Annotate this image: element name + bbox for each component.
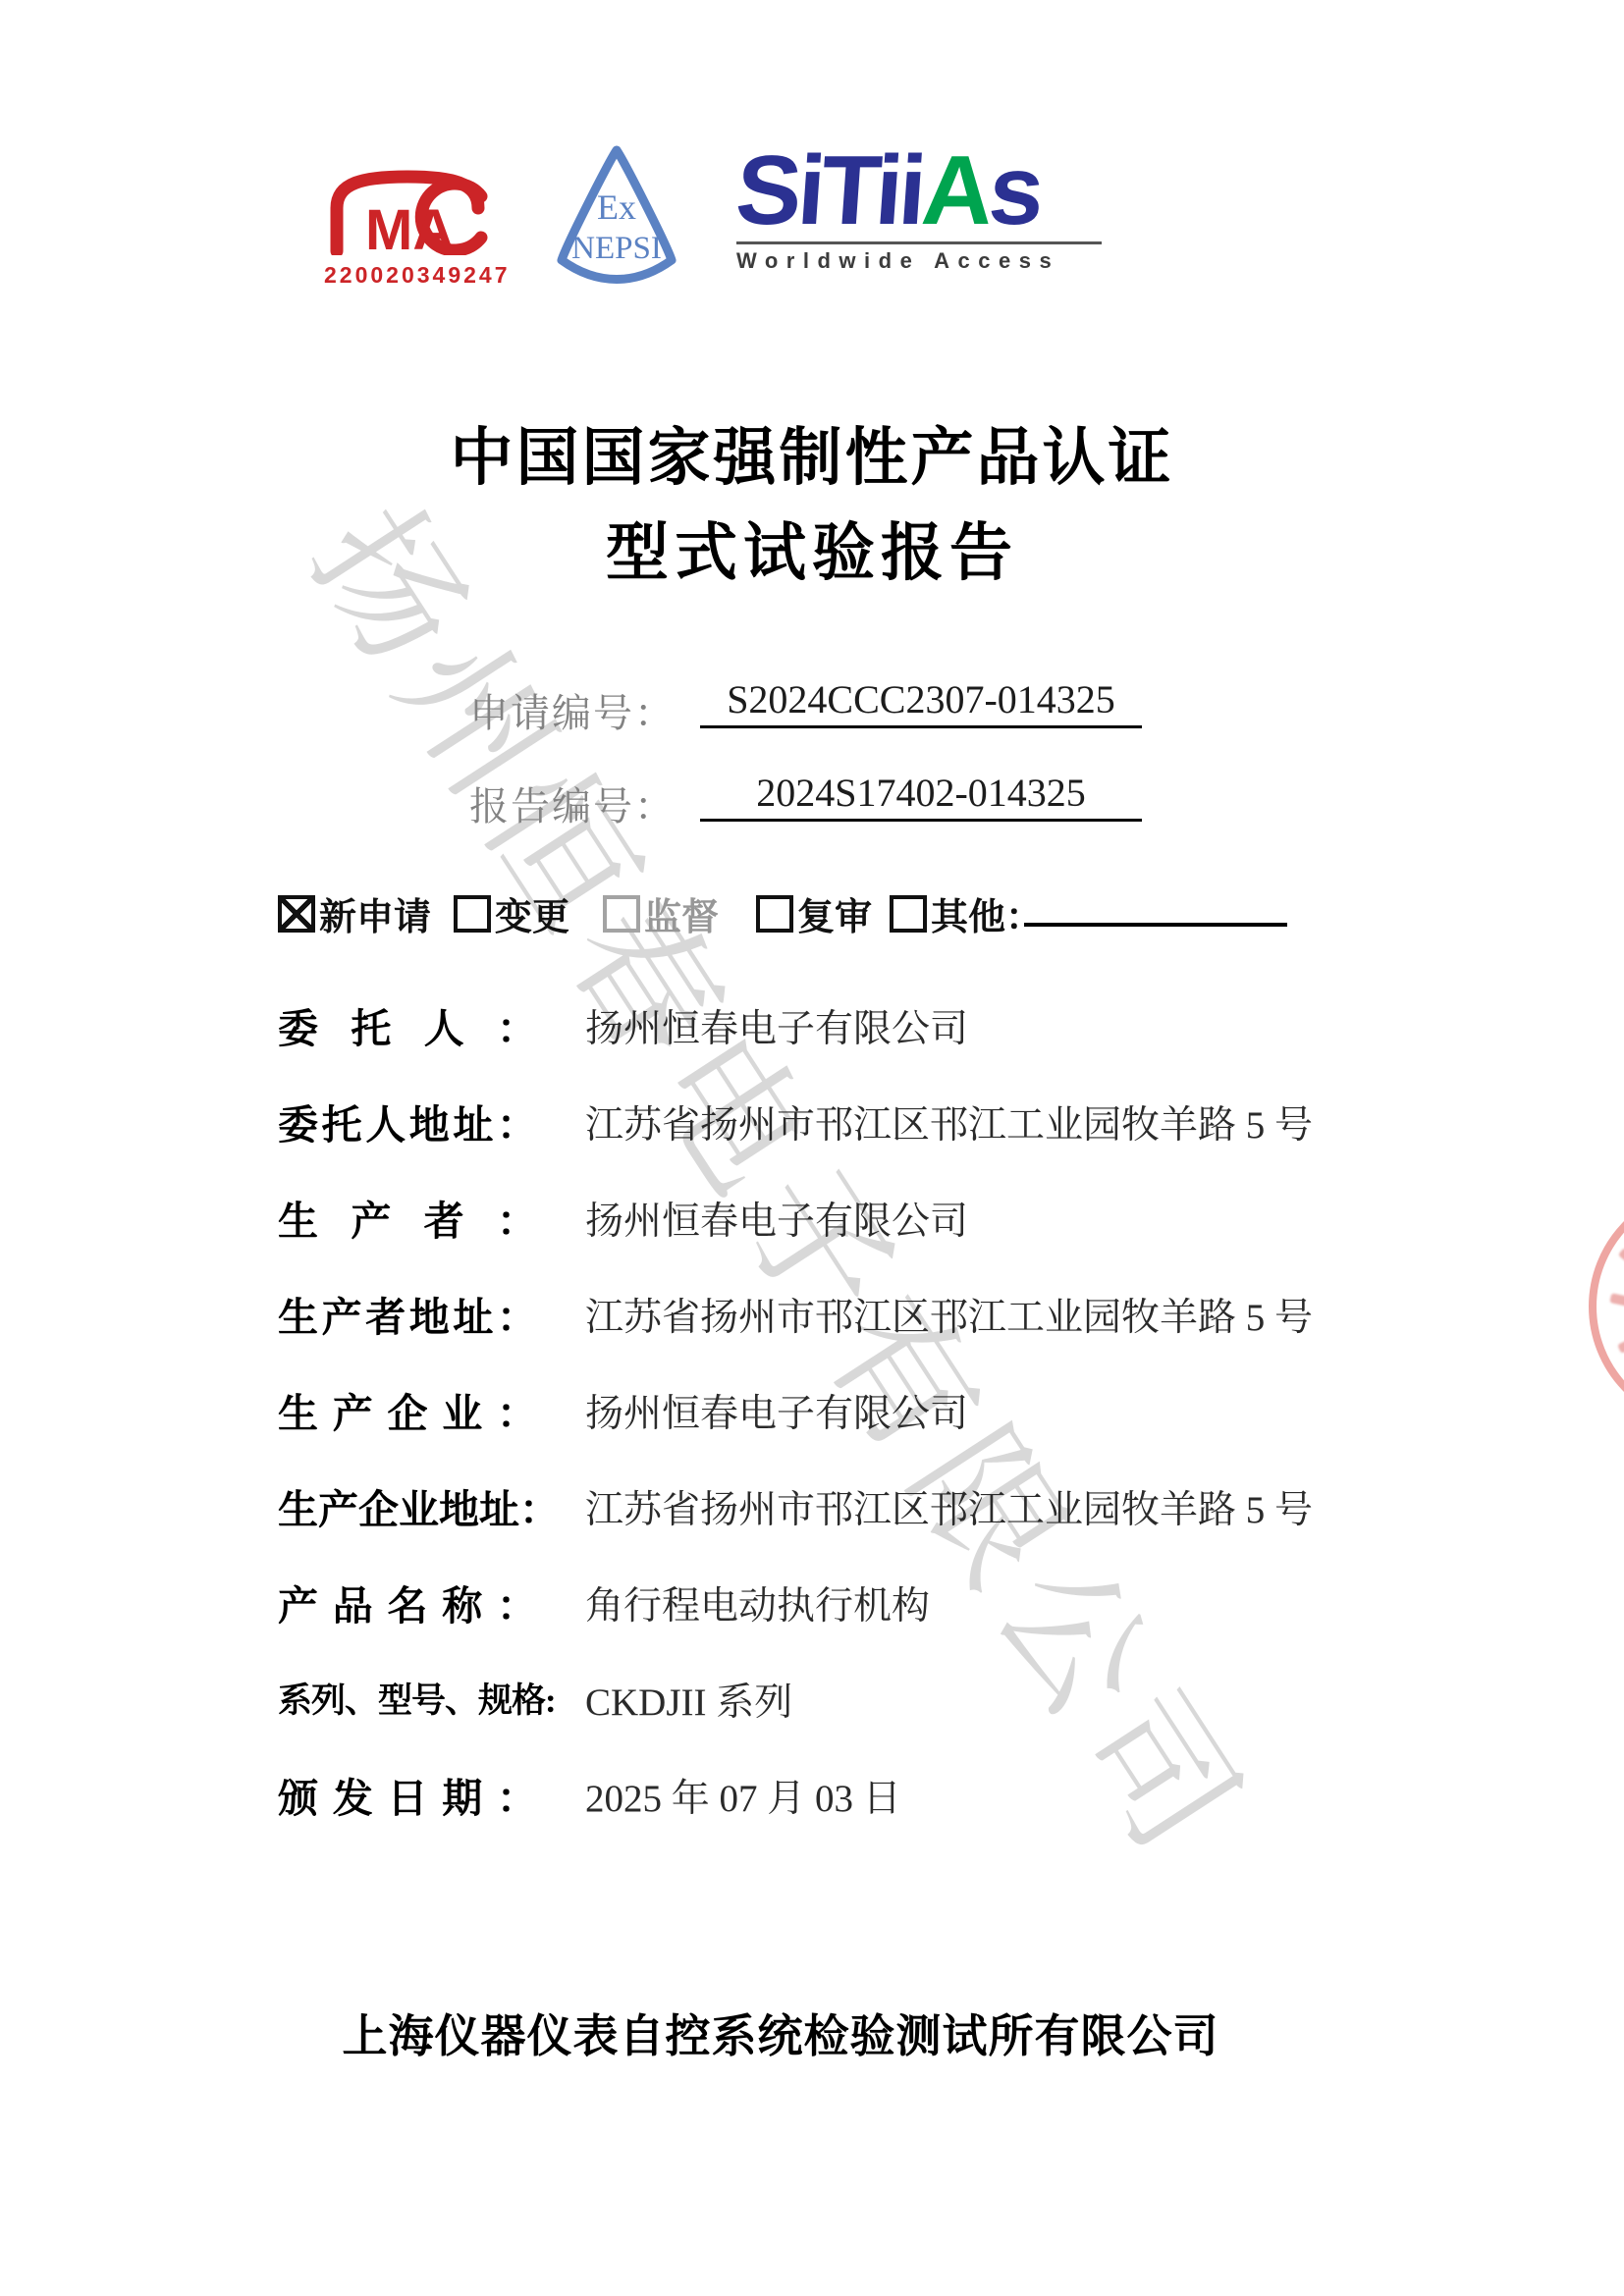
cma-certificate-number: 220020349247 <box>324 262 491 289</box>
field-label: 颁发日期： <box>278 1766 537 1824</box>
cma-logo: MA 220020349247 <box>324 165 491 289</box>
seal-glyph-mark <box>1618 1248 1624 1271</box>
field-row-manufacturer: 生产企业： 扬州恒春电子有限公司 <box>0 1381 1624 1440</box>
field-label: 委托人： <box>278 996 537 1054</box>
field-value: 2025 年 07 月 03 日 <box>585 1768 901 1823</box>
nepsi-triangle-icon: Ex NEPSI <box>538 142 695 286</box>
application-number-label: 申请编号： <box>469 682 676 738</box>
sitiias-wordmark: SiTiiAs <box>733 145 1105 236</box>
checkbox-checked-icon <box>278 895 315 933</box>
field-value: 江苏省扬州市邗江区邗江工业园牧羊路 5 号 <box>585 1095 1313 1149</box>
checkbox-empty-icon <box>756 895 793 933</box>
nepsi-ex-logo: Ex NEPSI <box>538 142 695 291</box>
application-number-value: S2024CCC2307-014325 <box>700 676 1142 728</box>
field-value: 扬州恒春电子有限公司 <box>585 1383 968 1438</box>
field-row-consignor: 委托人： 扬州恒春电子有限公司 <box>0 996 1624 1055</box>
svg-text:NEPSI: NEPSI <box>571 231 662 266</box>
field-row-manufacturer-address: 生产企业地址： 江苏省扬州市邗江区邗江工业园牧羊路 5 号 <box>0 1477 1624 1536</box>
checkbox-other: 其他： <box>890 886 1043 940</box>
checkbox-label: 变更 <box>495 886 569 940</box>
field-value: 扬州恒春电子有限公司 <box>585 1191 968 1246</box>
field-label: 生产企业： <box>278 1381 537 1439</box>
field-row-issue-date: 颁发日期： 2025 年 07 月 03 日 <box>0 1766 1624 1825</box>
svg-text:MA: MA <box>365 198 454 255</box>
checkbox-empty-icon <box>603 895 640 933</box>
field-label: 生产者地址： <box>278 1285 537 1343</box>
field-row-consignor-address: 委托人地址： 江苏省扬州市邗江区邗江工业园牧羊路 5 号 <box>0 1093 1624 1151</box>
field-label: 产品名称： <box>278 1574 537 1631</box>
field-value: 江苏省扬州市邗江区邗江工业园牧羊路 5 号 <box>585 1287 1313 1342</box>
field-row-product-name: 产品名称： 角行程电动执行机构 <box>0 1574 1624 1632</box>
document-title-line2: 型式试验报告 <box>0 503 1624 593</box>
field-value: 角行程电动执行机构 <box>585 1575 930 1630</box>
checkbox-label: 新申请 <box>319 886 431 940</box>
issuing-organization: 上海仪器仪表自控系统检验测试所有限公司 <box>0 2001 1593 2065</box>
checkbox-empty-icon <box>454 895 491 933</box>
svg-text:Ex: Ex <box>597 187 636 227</box>
checkbox-review: 复审 <box>756 886 872 940</box>
sitiias-tagline: Worldwide Access <box>736 248 1102 274</box>
report-number-label: 报告编号： <box>469 775 676 831</box>
field-label: 系列、型号、规格: <box>278 1674 537 1723</box>
field-label: 生产企业地址： <box>278 1477 537 1535</box>
field-value: 江苏省扬州市邗江区邗江工业园牧羊路 5 号 <box>585 1479 1313 1534</box>
report-cover-page: 扬州恒春电子有限公司 MA 220020349247 Ex NEPSI S <box>0 0 1624 2296</box>
checkbox-supervision: 监督 <box>603 886 719 940</box>
field-label: 委托人地址： <box>278 1093 537 1150</box>
checkbox-label: 复审 <box>797 886 872 940</box>
field-label: 生产者： <box>278 1189 537 1247</box>
document-title-line1: 中国国家强制性产品认证 <box>0 407 1624 498</box>
checkbox-label: 监督 <box>644 886 719 940</box>
checkbox-new-application: 新申请 <box>278 886 431 940</box>
checkbox-empty-icon <box>890 895 927 933</box>
checkbox-change: 变更 <box>454 886 569 940</box>
other-blank-line <box>1024 886 1287 927</box>
report-number-row: 报告编号： 2024S17402-014325 <box>0 775 1624 827</box>
field-row-series-model-spec: 系列、型号、规格: CKDJII 系列 <box>0 1670 1624 1729</box>
field-row-producer-address: 生产者地址： 江苏省扬州市邗江区邗江工业园牧羊路 5 号 <box>0 1285 1624 1344</box>
cma-mark-icon: MA <box>324 165 491 255</box>
field-row-producer: 生产者： 扬州恒春电子有限公司 <box>0 1189 1624 1248</box>
field-value: CKDJII 系列 <box>585 1672 792 1727</box>
report-number-value: 2024S17402-014325 <box>700 770 1142 822</box>
application-number-row: 申请编号： S2024CCC2307-014325 <box>0 682 1624 733</box>
field-value: 扬州恒春电子有限公司 <box>585 998 968 1053</box>
sitiias-logo: SiTiiAs Worldwide Access <box>736 145 1102 274</box>
